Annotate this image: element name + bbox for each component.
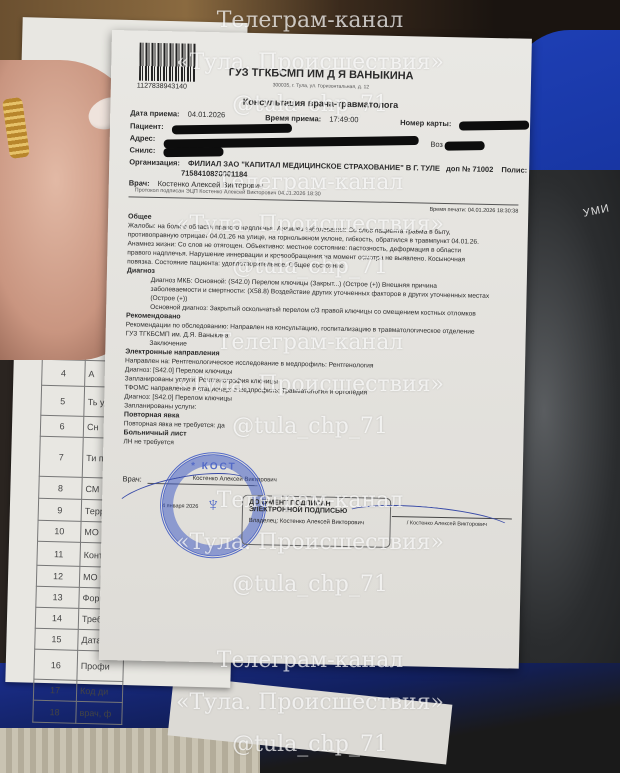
stamp-text: * КОСТ [164,460,264,473]
snils-row: Снилс: [129,145,223,156]
card-label: Номер карты: [400,118,451,128]
row-number: 7 [39,436,83,477]
redaction [445,141,485,151]
patient-row: Пациент: [130,121,292,134]
age-label: Воз [430,140,443,149]
patient-label: Пациент: [130,121,164,131]
watermark-line-2: «Тула. Происшествия» [0,212,620,237]
watermark-line-1: Телеграм-канал [0,170,620,195]
redaction [459,120,529,130]
address-label: Адрес: [130,133,156,143]
watermark-line-1: Телеграм-канал [0,8,620,33]
redaction [172,123,292,134]
watermark-line-2: «Тула. Происшествия» [0,50,620,75]
row-number: 14 [35,607,79,629]
watermark-line-1: Телеграм-канал [0,488,620,513]
watermark-line-1: Телеграм-канал [0,330,620,355]
watermark-line-3: @tula_chp_71 [0,92,620,117]
redaction [163,147,223,157]
watermark-line-1: Телеграм-канал [0,648,620,673]
watermark-line-2: «Тула. Происшествия» [0,372,620,397]
card-row: Номер карты: [400,118,530,130]
watermark-line-3: @tula_chp_71 [0,572,620,597]
org-label: Организация: [129,157,180,167]
watermark-line-2: «Тула. Происшествия» [0,690,620,715]
watermark-line-2: «Тула. Происшествия» [0,530,620,555]
watermark-line-3: @tula_chp_71 [0,254,620,279]
watermark-line-3: @tula_chp_71 [0,732,620,757]
row-number: 15 [35,628,79,650]
divider [128,196,518,205]
snils-label: Снилс: [129,145,155,155]
sign-doctor-label: Врач: [123,474,142,483]
watermark-line-3: @tula_chp_71 [0,414,620,439]
